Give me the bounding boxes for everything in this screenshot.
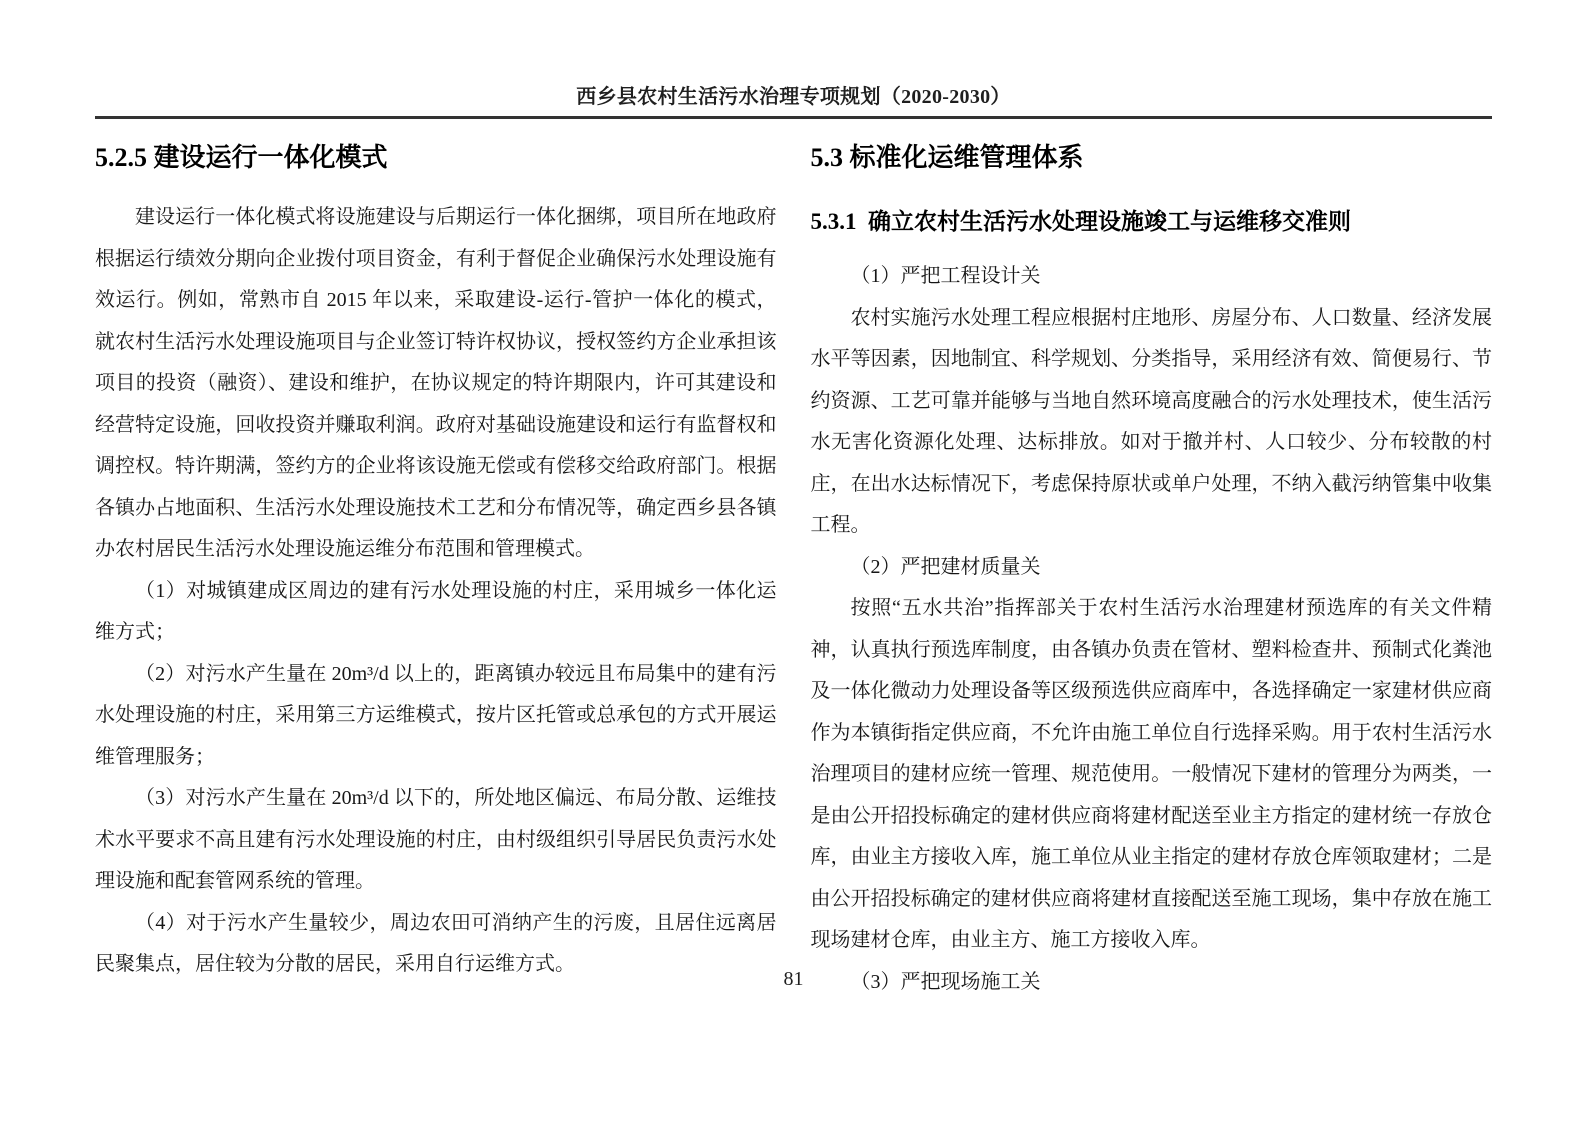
header-title: 西乡县农村生活污水治理专项规划（2020-2030）	[576, 86, 1010, 108]
left-column: 5.2.5 建设运行一体化模式 建设运行一体化模式将设施建设与后期运行一体化捆绑…	[95, 119, 777, 1003]
page-number: 81	[0, 968, 1587, 991]
two-column-body: 5.2.5 建设运行一体化模式 建设运行一体化模式将设施建设与后期运行一体化捆绑…	[95, 119, 1492, 1003]
paragraph: 建设运行一体化模式将设施建设与后期运行一体化捆绑，项目所在地政府根据运行绩效分期…	[95, 197, 777, 571]
document-page: 西乡县农村生活污水治理专项规划（2020-2030） 5.2.5 建设运行一体化…	[0, 0, 1587, 1122]
sub-item-heading-2: （2）严把建材质量关	[811, 547, 1493, 589]
page-header: 西乡县农村生活污水治理专项规划（2020-2030）	[95, 0, 1492, 116]
section-heading-5-2-5: 5.2.5 建设运行一体化模式	[95, 141, 777, 175]
list-item-1: （1）对城镇建成区周边的建有污水处理设施的村庄，采用城乡一体化运维方式；	[95, 571, 777, 654]
sub-item-heading-1: （1）严把工程设计关	[811, 256, 1493, 298]
paragraph: 农村实施污水处理工程应根据村庄地形、房屋分布、人口数量、经济发展水平等因素，因地…	[811, 298, 1493, 547]
section-heading-5-3-1: 5.3.1 确立农村生活污水处理设施竣工与运维移交准则	[811, 207, 1493, 237]
list-item-3: （3）对污水产生量在 20m³/d 以下的，所处地区偏远、布局分散、运维技术水平…	[95, 778, 777, 903]
list-item-2: （2）对污水产生量在 20m³/d 以上的，距离镇办较远且布局集中的建有污水处理…	[95, 654, 777, 779]
paragraph: 按照“五水共治”指挥部关于农村生活污水治理建材预选库的有关文件精神，认真执行预选…	[811, 588, 1493, 962]
section-heading-5-3: 5.3 标准化运维管理体系	[811, 141, 1493, 175]
right-column: 5.3 标准化运维管理体系 5.3.1 确立农村生活污水处理设施竣工与运维移交准…	[811, 119, 1493, 1003]
